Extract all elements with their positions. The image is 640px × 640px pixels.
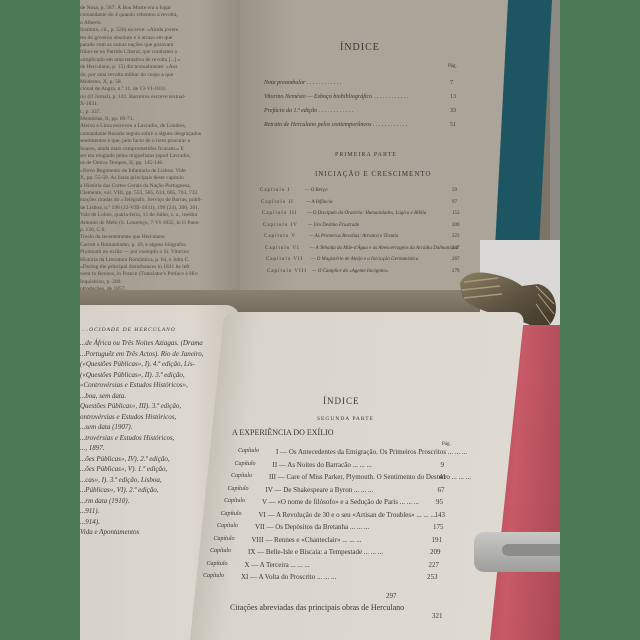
toc-entry: Prefácio da 1.ª edição . . . . . . . . .… [264,108,353,114]
chapter-label: Capítulo VIII [267,269,307,274]
chapter-title: II — As Noites do Barracão ... ... ... [273,461,372,469]
text-line: Vida e Apontamentos [80,528,139,536]
pag-label: Pág. [448,64,457,69]
page-number: 41 [439,473,446,481]
text-line: ...Portuguêz em Três Actos). Rio de Jane… [80,350,203,358]
text-line: ...boa, sem data. [80,392,126,400]
chapter-label: Capítulo [231,473,252,479]
page-number: 209 [430,548,441,556]
page-number: 51 [450,122,456,128]
page-number: 9 [441,461,445,469]
page-number: 7 [450,80,453,86]
page-number: 191 [432,536,443,544]
back-book-left-page: de Nosa, p. 587. À Boa Morte era o lugar… [80,0,248,310]
chapter-label: Capítulo [228,486,249,492]
page-number: 13 [450,94,456,100]
index-title: ÍNDICE [340,42,380,53]
page-number: 67 [438,486,445,494]
text-line: ...sem data (1907). [80,423,133,431]
page-number: 321 [432,612,443,620]
text-line: ...914). [80,518,100,526]
page-number: 153 [452,211,460,216]
text-line: Questões Públicas», III). 3.ª edição, [80,402,181,410]
chapter-label: Capítulo [221,511,242,517]
chapter-title: — A Tebaida da Mãe-d'Água e as Abencerra… [310,246,458,251]
chapter-label: Capítulo VII [266,257,303,262]
chapter-title: — O Cúmplice do «Agente Incógnito» [312,269,389,274]
text-line: ...Públicas», VI). 2.ª edição, [80,486,159,494]
chapter-label: Capítulo [238,448,259,454]
chapter-title: VI — A Revolução de 30 e o seu «Artisan … [259,511,436,519]
chapter-title: — A Infância [306,200,332,205]
toc-entry: Vitorino Nemésio — Esboço biobibliográfi… [264,94,408,100]
chapter-label: Capítulo [235,461,256,467]
part-label: SEGUNDA PARTE [317,416,374,422]
text-line: ...rm data (1910). [80,497,129,505]
page-number: 97 [452,200,457,205]
chapter-label: Capítulo [224,498,245,504]
page-number: 267 [452,257,460,262]
text-line: ...cas», I). 3.ª edição, Lisboa, [80,476,162,484]
chapter-label: Capítulo VI [265,246,300,251]
chapter-title: I — Os Antecedentes da Emigração. Os Pri… [276,448,467,456]
text-line: ...de África ou Três Noites Aziagas. (Dr… [80,339,203,347]
page-number: 175 [433,523,444,531]
chapter-label: Capítulo [217,523,238,529]
index-title: ÍNDICE [323,396,360,406]
text-line: ...ões Públicas», V). 1.ª edição, [80,465,167,473]
chapter-label: Capítulo [210,548,231,554]
chapter-title: IX — Belle-Isle e Biscaia: a Tempestade … [248,548,383,556]
part-label: PRIMEIRA PARTE [335,152,397,158]
page-number: 297 [386,592,397,600]
text-line: ...ões Públicas», IV). 2.ª edição, [80,455,170,463]
chapter-title: VII — Os Depósitos da Bretanha ... ... .… [255,523,369,531]
text-line: («Questões Públicas», I). 4.ª edição, Li… [80,360,195,368]
page-number: 95 [436,498,443,506]
pag-label: Pág. [442,442,451,447]
chapter-label: Capítulo IV [263,223,298,228]
text-line: «Controvérsias e Estudos Históricos», [80,381,188,389]
page-number: 143 [435,511,446,519]
part-title: A EXPERIÊNCIA DO EXÍLIO [232,428,334,437]
text-line: ..., 1897. [80,444,105,452]
text-line: («Questões Públicas», II). 3.ª edição, [80,371,185,379]
chapter-title: V — «O nome de filósofo» e a Sedução de … [262,498,419,506]
chapter-label: Capítulo III [262,211,297,216]
chapter-title: VIII — Rennes e «Chanteclair» ... ... ..… [252,536,362,544]
chapter-label: Capítulo [214,536,235,542]
toc-entry: Retrato de Herculano pelos contemporâneo… [264,122,407,128]
chapter-label: Capítulo I [260,188,290,193]
text-line: ...trovérsias e Estudos Históricos, [80,434,174,442]
chapter-title: — As Primeiras Revoltas: Arranca e Tiran… [309,234,398,239]
running-head: ...OCIDADE DE HERCULANO [82,327,176,333]
chapter-title: X — A Terceira ... ... ... [245,561,310,569]
toc-entry: Nota preambular . . . . . . . . . . . . [264,80,341,86]
citations-entry: Citações abreviadas das principais obras… [230,603,404,612]
text-line: ontrovérsias e Estudos Históricos, [80,413,176,421]
page-number: 209 [452,223,460,228]
photo: de Nosa, p. 587. À Boa Morte era o lugar… [80,0,560,640]
text-line: ...911). [80,507,99,515]
chapter-title: — O Berço [305,188,328,193]
chapter-title: IV — De Shakespeare a Byron ... ... ... [266,486,374,494]
page-number: 59 [452,188,457,193]
chapter-label: Capítulo [203,573,224,579]
page-number: 33 [450,108,456,114]
chapter-label: Capítulo [207,561,228,567]
chapter-title: XI — A Volta do Proscrito ... ... ... [241,573,336,581]
metal-clip [474,532,560,572]
chapter-title: — O Discípulo do Oratório: Humanidades, … [307,211,426,216]
page-number: 247 [452,246,460,251]
page-number: 227 [429,561,440,569]
page-number: 223 [452,234,460,239]
chapter-title: — O Magistério de Aleijo e a Iniciação G… [311,257,418,262]
part-title: INICIAÇÃO E CRESCIMENTO [315,170,432,178]
chapter-label: Capítulo II [261,200,294,205]
chapter-title: — Um Destino Frustrado [308,223,359,228]
chapter-label: Capítulo V [264,234,296,239]
page-number: 253 [427,573,438,581]
